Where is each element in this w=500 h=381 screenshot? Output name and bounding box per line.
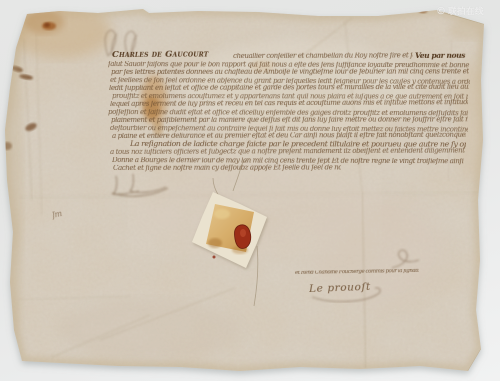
watermark-copyright-icon: © [436,6,446,17]
watermark: © 联拍在线 [436,5,484,17]
manuscript-photo: Charles de Gaucourtcheuallier conſeiller… [0,0,500,381]
watermark-text: 联拍在线 [448,5,484,17]
parchment-artwork [0,0,500,381]
